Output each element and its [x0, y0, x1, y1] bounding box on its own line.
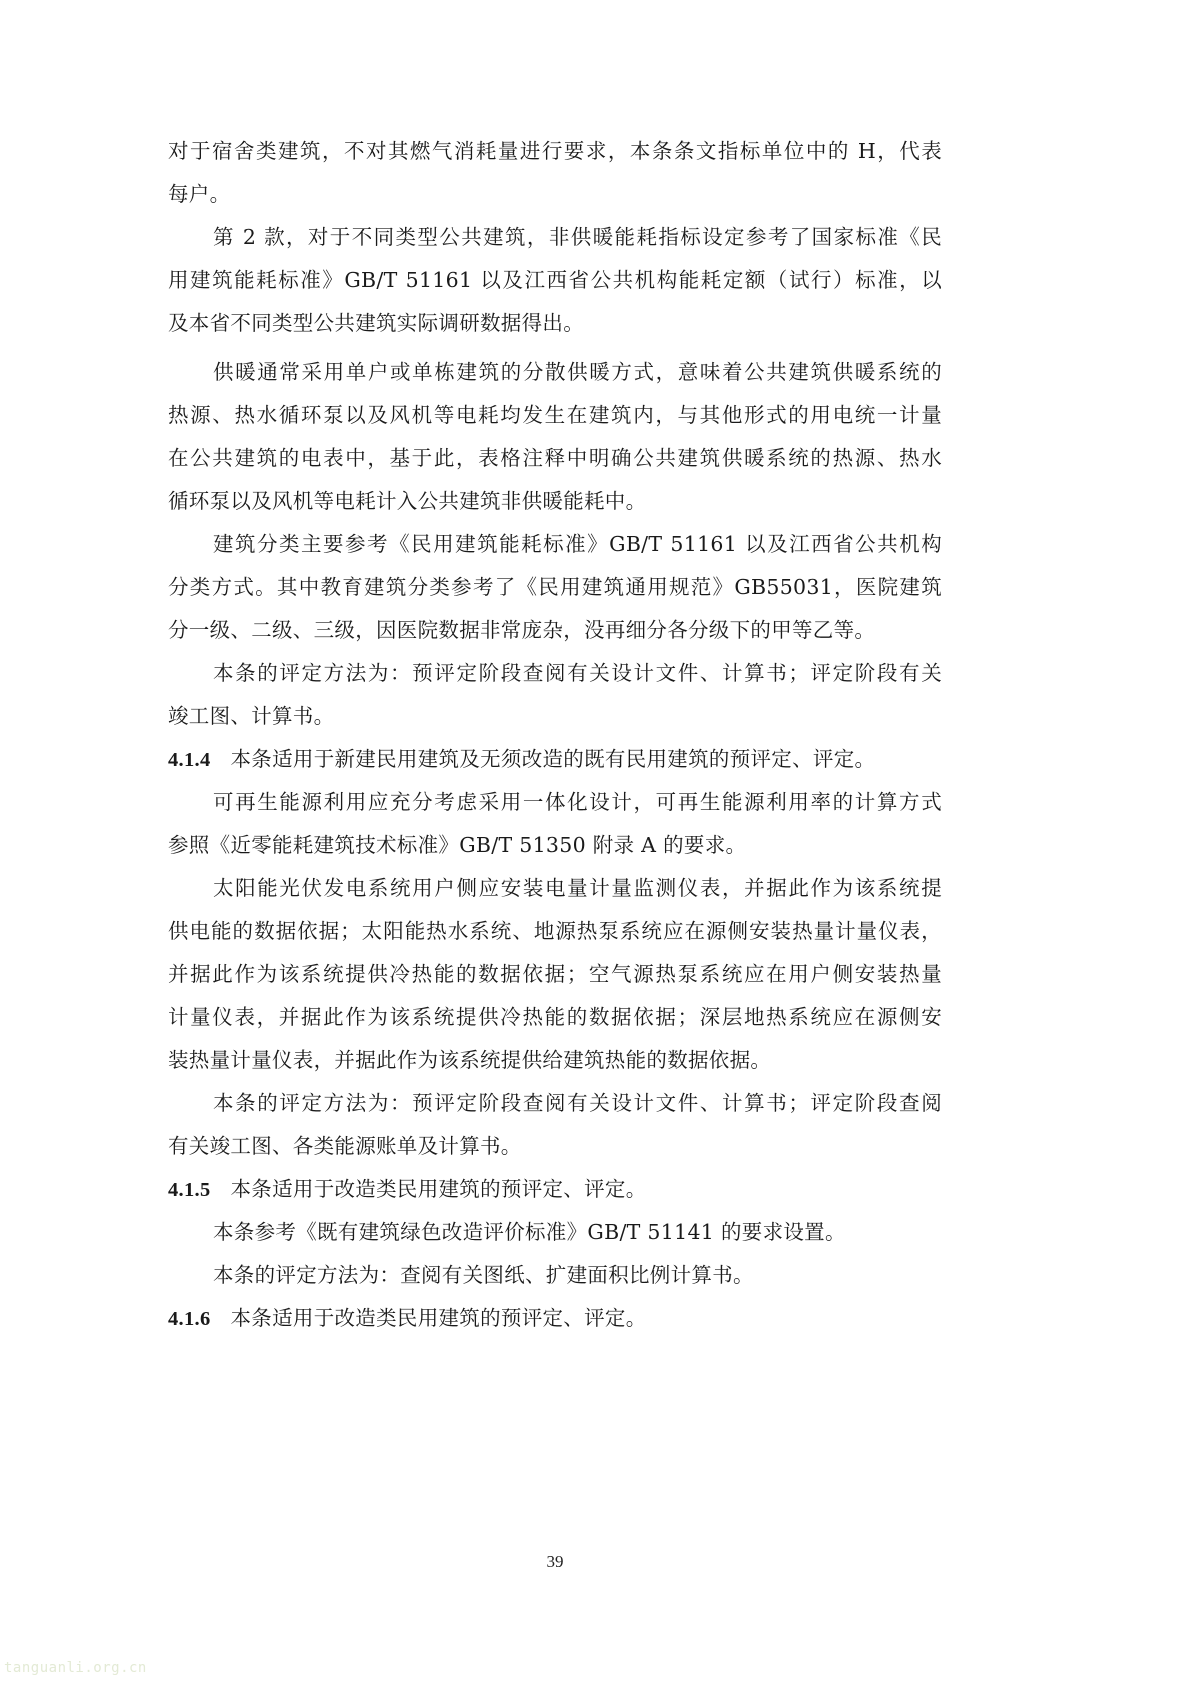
- line-text: 在公共建筑的电表中，基于此，表格注释中明确公共建筑供暖系统的热源、热水: [168, 446, 942, 470]
- line-text: 第 2 款，对于不同类型公共建筑，非供暖能耗指标设定参考了国家标准《民: [213, 225, 942, 249]
- clause-heading: 4.1.5本条适用于改造类民用建筑的预评定、评定。: [168, 1175, 942, 1204]
- line-text: 对于宿舍类建筑，不对其燃气消耗量进行要求，本条条文指标单位中的 H，代表: [168, 139, 942, 163]
- line-text: 本条适用于新建民用建筑及无须改造的既有民用建筑的预评定、评定。: [231, 747, 876, 771]
- line-text: 有关竣工图、各类能源账单及计算书。: [168, 1134, 522, 1158]
- line-text: 竣工图、计算书。: [168, 704, 334, 728]
- line-text: 太阳能光伏发电系统用户侧应安装电量计量监测仪表，并据此作为该系统提: [213, 876, 942, 900]
- text-line: 循环泵以及风机等电耗计入公共建筑非供暖能耗中。: [168, 487, 942, 515]
- text-line: 分类方式。其中教育建筑分类参考了《民用建筑通用规范》GB55031，医院建筑: [168, 573, 942, 601]
- line-text: 循环泵以及风机等电耗计入公共建筑非供暖能耗中。: [168, 489, 646, 513]
- text-line: 及本省不同类型公共建筑实际调研数据得出。: [168, 309, 942, 337]
- text-line: 分一级、二级、三级，因医院数据非常庞杂，没再细分各分级下的甲等乙等。: [168, 616, 942, 644]
- clause-number: 4.1.4: [168, 749, 211, 771]
- line-text: 本条的评定方法为：预评定阶段查阅有关设计文件、计算书；评定阶段有关: [213, 661, 942, 685]
- text-line: 计量仪表，并据此作为该系统提供冷热能的数据依据；深层地热系统应在源侧安: [168, 1003, 942, 1031]
- text-line: 可再生能源利用应充分考虑采用一体化设计，可再生能源利用率的计算方式: [213, 788, 942, 816]
- line-text: 热源、热水循环泵以及风机等电耗均发生在建筑内，与其他形式的用电统一计量: [168, 403, 942, 427]
- text-line: 对于宿舍类建筑，不对其燃气消耗量进行要求，本条条文指标单位中的 H，代表: [168, 137, 942, 165]
- text-line: 每户。: [168, 180, 942, 208]
- line-text: 可再生能源利用应充分考虑采用一体化设计，可再生能源利用率的计算方式: [213, 790, 942, 814]
- text-line: 热源、热水循环泵以及风机等电耗均发生在建筑内，与其他形式的用电统一计量: [168, 401, 942, 429]
- line-text: 每户。: [168, 182, 230, 206]
- text-line: 用建筑能耗标准》GB/T 51161 以及江西省公共机构能耗定额（试行）标准，以: [168, 266, 942, 294]
- text-line: 在公共建筑的电表中，基于此，表格注释中明确公共建筑供暖系统的热源、热水: [168, 444, 942, 472]
- text-line: 供电能的数据依据；太阳能热水系统、地源热泵系统应在源侧安装热量计量仪表，: [168, 917, 942, 945]
- text-line: 并据此作为该系统提供冷热能的数据依据；空气源热泵系统应在用户侧安装热量: [168, 960, 942, 988]
- clause-number: 4.1.5: [168, 1179, 211, 1201]
- line-text: 本条参考《既有建筑绿色改造评价标准》GB/T 51141 的要求设置。: [213, 1220, 846, 1244]
- line-text: 并据此作为该系统提供冷热能的数据依据；空气源热泵系统应在用户侧安装热量: [168, 962, 942, 986]
- line-text: 计量仪表，并据此作为该系统提供冷热能的数据依据；深层地热系统应在源侧安: [168, 1005, 942, 1029]
- line-text: 供电能的数据依据；太阳能热水系统、地源热泵系统应在源侧安装热量计量仪表，: [168, 919, 942, 943]
- text-line: 太阳能光伏发电系统用户侧应安装电量计量监测仪表，并据此作为该系统提: [213, 874, 942, 902]
- line-text: 本条适用于改造类民用建筑的预评定、评定。: [231, 1306, 647, 1330]
- line-text: 建筑分类主要参考《民用建筑能耗标准》GB/T 51161 以及江西省公共机构: [213, 532, 942, 556]
- text-line: 有关竣工图、各类能源账单及计算书。: [168, 1132, 942, 1160]
- line-text: 供暖通常采用单户或单栋建筑的分散供暖方式，意味着公共建筑供暖系统的: [213, 360, 942, 384]
- line-text: 分一级、二级、三级，因医院数据非常庞杂，没再细分各分级下的甲等乙等。: [168, 618, 875, 642]
- text-line: 本条的评定方法为：查阅有关图纸、扩建面积比例计算书。: [213, 1261, 942, 1289]
- text-line: 本条的评定方法为：预评定阶段查阅有关设计文件、计算书；评定阶段查阅: [213, 1089, 942, 1117]
- text-line: 本条参考《既有建筑绿色改造评价标准》GB/T 51141 的要求设置。: [213, 1218, 942, 1246]
- line-text: 本条的评定方法为：查阅有关图纸、扩建面积比例计算书。: [213, 1263, 754, 1287]
- line-text: 分类方式。其中教育建筑分类参考了《民用建筑通用规范》GB55031，医院建筑: [168, 575, 942, 599]
- line-text: 本条适用于改造类民用建筑的预评定、评定。: [231, 1177, 647, 1201]
- line-text: 用建筑能耗标准》GB/T 51161 以及江西省公共机构能耗定额（试行）标准，以: [168, 268, 942, 292]
- line-text: 本条的评定方法为：预评定阶段查阅有关设计文件、计算书；评定阶段查阅: [213, 1091, 942, 1115]
- clause-heading: 4.1.6本条适用于改造类民用建筑的预评定、评定。: [168, 1304, 942, 1333]
- text-line: 竣工图、计算书。: [168, 702, 942, 730]
- line-text: 及本省不同类型公共建筑实际调研数据得出。: [168, 311, 584, 335]
- text-line: 建筑分类主要参考《民用建筑能耗标准》GB/T 51161 以及江西省公共机构: [213, 530, 942, 558]
- line-text: 参照《近零能耗建筑技术标准》GB/T 51350 附录 A 的要求。: [168, 833, 746, 857]
- page-number: 39: [0, 1552, 1110, 1572]
- text-line: 本条的评定方法为：预评定阶段查阅有关设计文件、计算书；评定阶段有关: [213, 659, 942, 687]
- line-text: 装热量计量仪表，并据此作为该系统提供给建筑热能的数据依据。: [168, 1048, 771, 1072]
- text-line: 参照《近零能耗建筑技术标准》GB/T 51350 附录 A 的要求。: [168, 831, 942, 859]
- text-line: 第 2 款，对于不同类型公共建筑，非供暖能耗指标设定参考了国家标准《民: [213, 223, 942, 251]
- text-line: 装热量计量仪表，并据此作为该系统提供给建筑热能的数据依据。: [168, 1046, 942, 1074]
- clause-heading: 4.1.4本条适用于新建民用建筑及无须改造的既有民用建筑的预评定、评定。: [168, 745, 942, 774]
- document-page: 对于宿舍类建筑，不对其燃气消耗量进行要求，本条条文指标单位中的 H，代表每户。第…: [0, 0, 1190, 1683]
- watermark: tanguanli.org.cn: [4, 1660, 147, 1676]
- text-line: 供暖通常采用单户或单栋建筑的分散供暖方式，意味着公共建筑供暖系统的: [213, 358, 942, 386]
- clause-number: 4.1.6: [168, 1308, 211, 1330]
